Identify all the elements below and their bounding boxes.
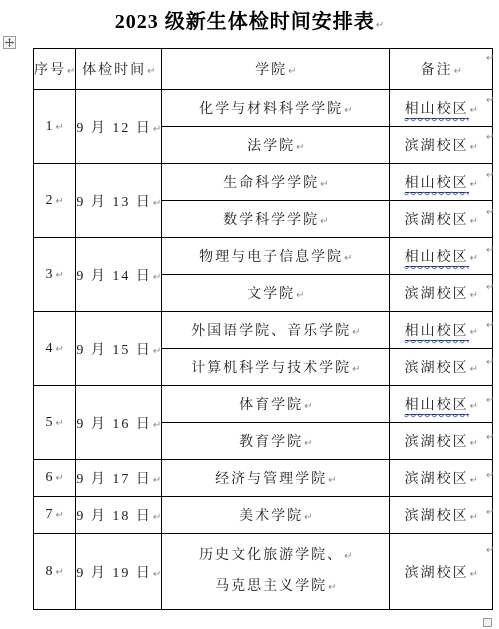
cell-campus[interactable]: 滨湖校区↵: [390, 201, 493, 238]
end-of-row-mark: ↵: [486, 320, 494, 331]
cell-end-mark: ↵: [56, 270, 64, 281]
cell-no[interactable]: 7↵: [34, 497, 76, 534]
cell-end-mark: ↵: [153, 569, 161, 580]
cell-end-mark: ↵: [470, 569, 478, 580]
cell-campus[interactable]: 相山校区↵: [390, 90, 493, 127]
cell-end-mark: ↵: [56, 418, 64, 429]
cell-end-mark: ↵: [56, 510, 64, 521]
table-row: 7↵ 9 月 18 日↵ 美术学院↵ 滨湖校区↵: [34, 497, 493, 534]
cell-date[interactable]: 9 月 15 日↵: [76, 312, 162, 386]
table-move-handle[interactable]: [3, 36, 16, 49]
cell-no[interactable]: 3↵: [34, 238, 76, 312]
campus-link-text[interactable]: 相山校区: [405, 324, 469, 341]
cell-no[interactable]: 6↵: [34, 460, 76, 497]
cell-end-mark: ↵: [470, 327, 478, 338]
cell-college[interactable]: 计算机科学与技术学院↵: [162, 349, 390, 386]
cell-college[interactable]: 体育学院↵: [162, 386, 390, 423]
cell-end-mark: ↵: [470, 253, 478, 264]
cell-end-mark: ↵: [153, 272, 161, 283]
end-of-row-mark: ↵: [486, 357, 494, 368]
cell-college[interactable]: 化学与材料科学学院↵: [162, 90, 390, 127]
cell-campus[interactable]: 滨湖校区↵: [390, 497, 493, 534]
cell-end-mark: ↵: [470, 438, 478, 449]
cell-date[interactable]: 9 月 14 日↵: [76, 238, 162, 312]
campus-link-text[interactable]: 相山校区: [405, 250, 469, 267]
cell-end-mark: ↵: [352, 364, 360, 375]
cell-end-mark: ↵: [470, 475, 478, 486]
cell-end-mark: ↵: [153, 512, 161, 523]
cell-end-mark: ↵: [288, 66, 296, 77]
cell-date[interactable]: 9 月 12 日↵: [76, 90, 162, 164]
schedule-table: 序号↵ 体检时间↵ 学院↵ 备注↵ 1↵ 9 月 12 日↵ 化学与材料科学学院…: [33, 48, 493, 610]
campus-link-text[interactable]: 相山校区: [405, 176, 469, 193]
cell-end-mark: ↵: [147, 66, 155, 77]
end-of-row-mark: ↵: [486, 170, 494, 181]
cell-end-mark: ↵: [320, 179, 328, 190]
end-of-row-mark: ↵: [486, 507, 494, 518]
header-date[interactable]: 体检时间↵: [76, 49, 162, 90]
cell-campus[interactable]: 滨湖校区↵: [390, 460, 493, 497]
cell-college[interactable]: 历史文化旅游学院、↵ 马克思主义学院↵: [162, 534, 390, 610]
cell-campus[interactable]: 相山校区↵: [390, 386, 493, 423]
cell-end-mark: ↵: [328, 582, 336, 593]
table-header-row: 序号↵ 体检时间↵ 学院↵ 备注↵: [34, 49, 493, 90]
cell-campus[interactable]: 滨湖校区↵: [390, 349, 493, 386]
cell-end-mark: ↵: [304, 438, 312, 449]
cell-campus[interactable]: 相山校区↵: [390, 238, 493, 275]
cell-date[interactable]: 9 月 19 日↵: [76, 534, 162, 610]
end-of-row-mark: ↵: [486, 282, 494, 293]
cell-college[interactable]: 教育学院↵: [162, 423, 390, 460]
cell-college[interactable]: 外国语学院、音乐学院↵: [162, 312, 390, 349]
cell-campus[interactable]: 相山校区↵: [390, 164, 493, 201]
cell-no[interactable]: 5↵: [34, 386, 76, 460]
table-row: 3↵ 9 月 14 日↵ 物理与电子信息学院↵ 相山校区↵: [34, 238, 493, 275]
cell-no[interactable]: 1↵: [34, 90, 76, 164]
end-of-row-mark: ↵: [486, 245, 494, 256]
end-of-row-mark: ↵: [486, 395, 494, 406]
cell-end-mark: ↵: [320, 216, 328, 227]
cell-end-mark: ↵: [56, 196, 64, 207]
page-title: 2023 级新生体检时间安排表↵: [0, 5, 499, 34]
cell-no[interactable]: 2↵: [34, 164, 76, 238]
campus-link-text[interactable]: 相山校区: [405, 398, 469, 415]
cell-end-mark: ↵: [328, 475, 336, 486]
cell-end-mark: ↵: [304, 401, 312, 412]
cell-college[interactable]: 美术学院↵: [162, 497, 390, 534]
table-row: 5↵ 9 月 16 日↵ 体育学院↵ 相山校区↵: [34, 386, 493, 423]
line-break-mark: ↵: [344, 551, 352, 562]
cell-date[interactable]: 9 月 18 日↵: [76, 497, 162, 534]
cell-end-mark: ↵: [470, 401, 478, 412]
cell-end-mark: ↵: [470, 142, 478, 153]
cell-end-mark: ↵: [470, 179, 478, 190]
cell-college[interactable]: 生命科学学院↵: [162, 164, 390, 201]
end-of-row-mark: ↵: [486, 207, 494, 218]
cell-end-mark: ↵: [296, 142, 304, 153]
cell-end-mark: ↵: [470, 216, 478, 227]
cell-end-mark: ↵: [153, 475, 161, 486]
cell-end-mark: ↵: [344, 253, 352, 264]
cell-end-mark: ↵: [56, 344, 64, 355]
paragraph-end-mark: ↵: [376, 20, 384, 31]
cell-college[interactable]: 物理与电子信息学院↵: [162, 238, 390, 275]
cell-end-mark: ↵: [454, 66, 462, 77]
cell-end-mark: ↵: [352, 327, 360, 338]
move-icon: [5, 34, 14, 52]
cell-end-mark: ↵: [470, 105, 478, 116]
end-of-row-mark: ↵: [486, 53, 494, 64]
cell-college[interactable]: 文学院↵: [162, 275, 390, 312]
cell-end-mark: ↵: [153, 346, 161, 357]
cell-campus[interactable]: 相山校区↵: [390, 312, 493, 349]
end-of-row-mark: ↵: [486, 432, 494, 443]
cell-end-mark: ↵: [470, 290, 478, 301]
cell-end-mark: ↵: [153, 420, 161, 431]
header-college[interactable]: 学院↵: [162, 49, 390, 90]
table-row: 8↵ 9 月 19 日↵ 历史文化旅游学院、↵ 马克思主义学院↵ 滨湖校区↵: [34, 534, 493, 610]
end-of-row-mark: ↵: [486, 545, 494, 556]
cell-date[interactable]: 9 月 13 日↵: [76, 164, 162, 238]
table-resize-handle[interactable]: [483, 618, 492, 627]
cell-college[interactable]: 经济与管理学院↵: [162, 460, 390, 497]
cell-campus[interactable]: 滨湖校区↵: [390, 534, 493, 610]
cell-campus[interactable]: 滨湖校区↵: [390, 423, 493, 460]
page-title-text: 2023 级新生体检时间安排表: [115, 11, 375, 33]
cell-end-mark: ↵: [153, 124, 161, 135]
cell-end-mark: ↵: [296, 290, 304, 301]
cell-college[interactable]: 数学科学学院↵: [162, 201, 390, 238]
cell-end-mark: ↵: [56, 567, 64, 578]
table-row: 4↵ 9 月 15 日↵ 外国语学院、音乐学院↵ 相山校区↵: [34, 312, 493, 349]
cell-no[interactable]: 4↵: [34, 312, 76, 386]
cell-date[interactable]: 9 月 17 日↵: [76, 460, 162, 497]
cell-end-mark: ↵: [67, 66, 75, 77]
cell-end-mark: ↵: [304, 512, 312, 523]
header-note[interactable]: 备注↵: [390, 49, 493, 90]
campus-link-text[interactable]: 相山校区: [405, 102, 469, 119]
header-no[interactable]: 序号↵: [34, 49, 76, 90]
cell-campus[interactable]: 滨湖校区↵: [390, 127, 493, 164]
end-of-row-mark: ↵: [486, 95, 494, 106]
cell-end-mark: ↵: [153, 198, 161, 209]
cell-end-mark: ↵: [56, 122, 64, 133]
end-of-row-mark: ↵: [486, 132, 494, 143]
end-of-row-mark: ↵: [486, 470, 494, 481]
cell-end-mark: ↵: [344, 105, 352, 116]
table-row: 2↵ 9 月 13 日↵ 生命科学学院↵ 相山校区↵: [34, 164, 493, 201]
cell-no[interactable]: 8↵: [34, 534, 76, 610]
table-row: 1↵ 9 月 12 日↵ 化学与材料科学学院↵ 相山校区↵: [34, 90, 493, 127]
cell-college[interactable]: 法学院↵: [162, 127, 390, 164]
cell-campus[interactable]: 滨湖校区↵: [390, 275, 493, 312]
table-row: 6↵ 9 月 17 日↵ 经济与管理学院↵ 滨湖校区↵: [34, 460, 493, 497]
cell-end-mark: ↵: [470, 364, 478, 375]
cell-date[interactable]: 9 月 16 日↵: [76, 386, 162, 460]
cell-end-mark: ↵: [470, 512, 478, 523]
cell-end-mark: ↵: [56, 473, 64, 484]
